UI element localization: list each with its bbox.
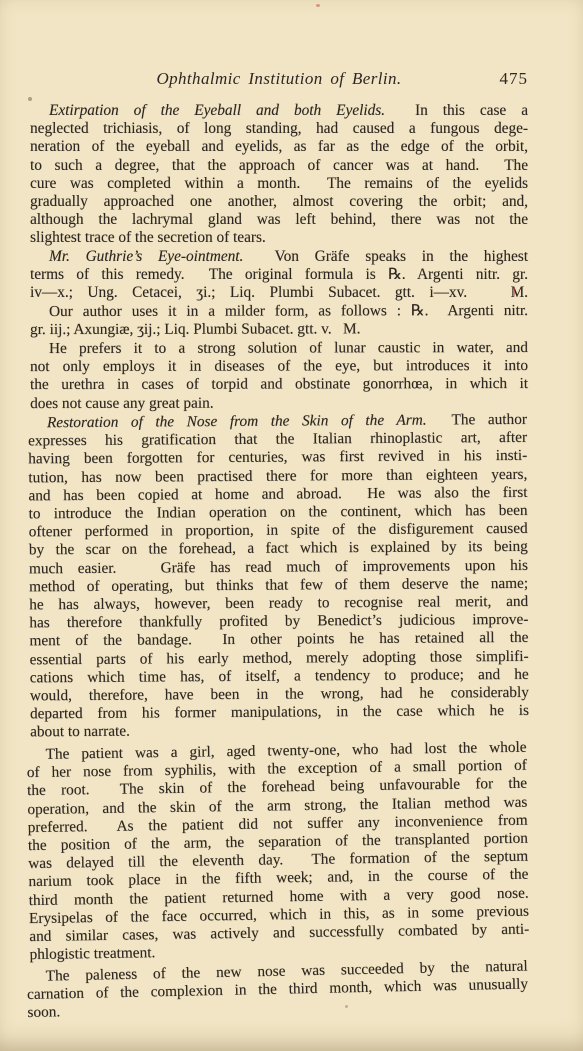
text-line: gradually approached one another, almost… <box>30 193 528 211</box>
text-segment: although the lachrymal gland was left be… <box>30 211 528 228</box>
italic-heading: Extirpation of the Eyeball and both Eyel… <box>49 102 385 119</box>
text-segment: gradually approached one another, almost… <box>30 193 528 210</box>
text-line: cure was completed within a month. The r… <box>30 175 528 193</box>
text-segment: Von Gräfe speaks in the highest <box>243 248 528 265</box>
text-segment: phlogistic treatment. <box>29 945 155 964</box>
text-segment: about to narrate. <box>30 724 130 742</box>
text-line: iv—x.; Ung. Cetacei, ʒi.; Liq. Plumbi Su… <box>30 284 528 302</box>
paper-speck <box>316 4 320 7</box>
text-line: not only employs it in diseases of the e… <box>30 357 528 376</box>
text-line: neration of the eyeball and eyelids, as … <box>30 138 528 156</box>
text-segment: Our author uses it in a milder form, as … <box>49 302 528 320</box>
text-segment: cure was completed within a month. The r… <box>30 175 528 192</box>
text-segment: neration of the eyeball and eyelids, as … <box>30 138 528 155</box>
text-line: neglected trichiasis, of long standing, … <box>30 120 528 138</box>
paragraph: Restoration of the Nose from the Skin of… <box>28 411 529 742</box>
running-title: Ophthalmic Institution of Berlin. <box>30 68 528 90</box>
text-line: Extirpation of the Eyeball and both Eyel… <box>30 102 528 120</box>
paragraph: The paleness of the new nose was succeed… <box>27 957 529 1022</box>
text-segment: The author <box>427 411 527 429</box>
text-segment: slightest trace of the secretion of tear… <box>30 229 266 246</box>
paragraph: He prefers it to a strong solution of lu… <box>30 339 528 413</box>
text-segment: to such a degree, that the approach of c… <box>30 157 528 174</box>
text-segment: He prefers it to a strong solution of lu… <box>49 339 528 357</box>
page-body: Extirpation of the Eyeball and both Eyel… <box>30 102 528 1012</box>
book-page: Ophthalmic Institution of Berlin. 475 Ex… <box>0 0 583 1051</box>
text-line: Mr. Guthrie’s Eye-ointment. Von Gräfe sp… <box>30 248 528 266</box>
text-line: terms of this remedy. The original formu… <box>30 266 528 284</box>
text-segment: departed from his former manipulations, … <box>30 703 529 723</box>
paragraph: Our author uses it in a milder form, as … <box>30 302 528 339</box>
italic-heading: Mr. Guthrie’s Eye-ointment. <box>49 248 243 265</box>
text-line: gr. iij.; Axungiæ, ʒij.; Liq. Plumbi Sub… <box>30 320 528 339</box>
italic-heading: Restoration of the Nose from the Skin of… <box>47 412 427 432</box>
page-number: 475 <box>500 68 529 90</box>
text-segment: In this case a <box>385 102 528 119</box>
page-header: Ophthalmic Institution of Berlin. 475 <box>30 68 528 92</box>
text-line: slightest trace of the secretion of tear… <box>30 229 528 247</box>
text-line: Our author uses it in a milder form, as … <box>30 302 528 321</box>
paragraph: The patient was a girl, aged twenty-one,… <box>26 739 529 965</box>
text-segment: neglected trichiasis, of long standing, … <box>30 120 528 137</box>
text-segment: the urethra in cases of torpid and obsti… <box>30 375 528 393</box>
paragraph: Extirpation of the Eyeball and both Eyel… <box>30 102 528 248</box>
text-line: He prefers it to a strong solution of lu… <box>30 339 528 358</box>
text-segment: terms of this remedy. The original formu… <box>30 266 528 283</box>
paragraph: Mr. Guthrie’s Eye-ointment. Von Gräfe sp… <box>30 248 528 303</box>
text-line: although the lachrymal gland was left be… <box>30 211 528 229</box>
text-line: the urethra in cases of torpid and obsti… <box>30 375 528 394</box>
text-segment: gr. iij.; Axungiæ, ʒij.; Liq. Plumbi Sub… <box>30 321 360 339</box>
text-segment: iv—x.; Ung. Cetacei, ʒi.; Liq. Plumbi Su… <box>30 284 528 301</box>
text-segment: soon. <box>27 1003 60 1021</box>
text-segment: not only employs it in diseases of the e… <box>30 357 528 375</box>
text-line: does not cause any great pain. <box>30 393 528 412</box>
text-segment: does not cause any great pain. <box>30 394 214 411</box>
text-line: to such a degree, that the approach of c… <box>30 157 528 175</box>
paper-speck <box>28 97 32 101</box>
